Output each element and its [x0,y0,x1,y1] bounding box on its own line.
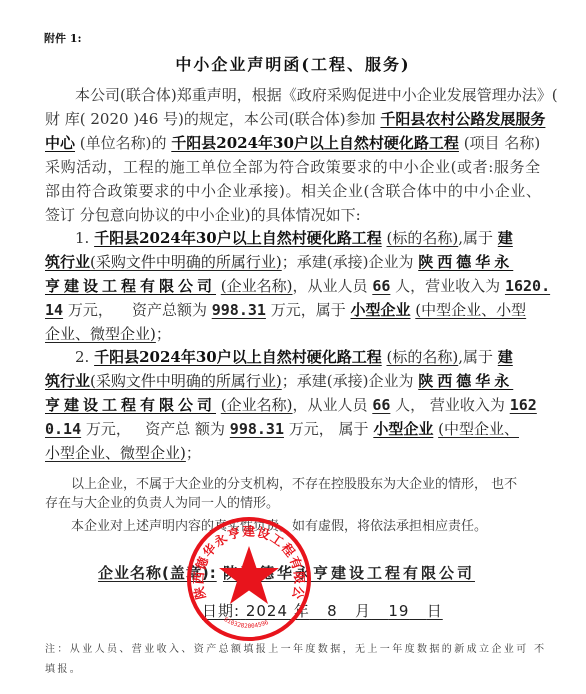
date-label: 日期: [202,602,240,620]
item-2-industry: 筑行业 [45,372,90,390]
item-1-assets: 998.31 [212,301,266,319]
item-2-assets: 998.31 [230,420,284,438]
item-2-company: 陕西德华永 [418,372,513,390]
intro-line-2: 财 库( 2020 )46 号)的规定，本公司(联合体)参加 千阳县农村公路发展… [45,109,541,129]
intro-line-4: 采购活动，工程的施工单位全部为符合政策要求的中小企业(或者:服务全 [45,157,541,177]
item-2-revenue: 162 [510,396,537,414]
item-1-line-2: 筑行业(采购文件中明确的所属行业)；承建(承接)企业为 陕西德华永 [45,252,541,272]
item-1-line-4: 14 万元， 资产总额为 998.31 万元，属于 小型企业 (中型企业、小型 [45,300,541,320]
date-month: 8 [327,602,338,620]
item-2-line-2: 筑行业(采购文件中明确的所属行业)；承建(承接)企业为 陕西德华永 [45,371,541,391]
item-1-industry: 筑行业 [45,253,90,271]
intro-line-1: 本公司(联合体)郑重声明，根据《政府采购促进中小企业发展管理办法》( [45,85,541,105]
item-1-revenue: 1620. [505,277,550,295]
item-1-line-5: 企业、微型企业)； [45,324,541,344]
intro-line-6: 签订 分包意向协议的中小企业)的具体情况如下: [45,205,541,225]
intro-line-5: 部由符合政策要求的中小企业承接)。相关企业(含联合体中的中小企业、 [45,181,541,201]
footnote-line-1: 注：从业人员、营业收入、资产总额填报上一年度数据，无上一年度数据的新成立企业可 … [45,640,547,655]
date-line: 日期: 2024 年 8 月 19 日 [202,600,443,621]
item-1-employees: 66 [372,277,390,295]
company-label: 企业名称(盖章): [98,564,217,582]
item-2-subject-name: 千阳县2024年30户以上自然村硬化路工程 [94,348,382,366]
item-2-line-1: 2. 千阳县2024年30户以上自然村硬化路工程 (标的名称),属于 建 [45,347,541,367]
date-day: 19 [388,602,409,620]
footnote-line-2: 填报。 [45,660,82,675]
purchaser-name-cont: 中心 [45,134,75,152]
item-2-size: 小型企业 [373,420,433,438]
item-2-line-5: 小型企业、微型企业)； [45,443,541,463]
document-page: 附件 1: 中小企业声明函(工程、服务) 本公司(联合体)郑重声明，根据《政府采… [0,0,586,694]
item-1-line-1: 1. 千阳县2024年30户以上自然村硬化路工程 (标的名称),属于 建 [45,228,541,248]
closing-line-2: 存在与大企业的负责人为同一人的情形。 [45,495,541,513]
purchaser-name: 千阳县农村公路发展服务 [380,110,545,128]
attachment-label: 附件 1: [44,30,82,46]
item-1-subject-name: 千阳县2024年30户以上自然村硬化路工程 [94,229,382,247]
intro-line-3: 中心 (单位名称)的 千阳县2024年30户以上自然村硬化路工程 (项目 名称) [45,133,541,153]
closing-line-1: 以上企业，不属于大企业的分支机构，不存在控股股东为大企业的情形， 也不 [45,476,541,494]
item-2-line-4: 0.14 万元， 资产总 额为 998.31 万元， 属于 小型企业 (中型企业… [45,419,541,439]
item-1-size: 小型企业 [351,301,411,319]
project-name: 千阳县2024年30户以上自然村硬化路工程 [171,134,459,152]
company-signature-line: 企业名称(盖章): 陕西德华永亨建设工程有限公司 [98,562,475,583]
item-1-company: 陕西德华永 [418,253,513,271]
company-name: 陕西德华永亨建设工程有限公司 [223,564,475,582]
item-1-line-3: 亨建设工程有限公司 (企业名称)，从业人员 66 人，营业收入为 1620. [45,276,541,296]
document-title: 中小企业声明函(工程、服务) [0,52,586,75]
item-2-line-3: 亨建设工程有限公司 (企业名称)，从业人员 66 人， 营业收入为 162 [45,395,541,415]
item-2-employees: 66 [372,396,390,414]
date-year: 2024 [246,602,288,620]
closing-line-3: 本企业对上述声明内容的真实性负责。如有虚假，将依法承担相应责任。 [45,518,541,536]
